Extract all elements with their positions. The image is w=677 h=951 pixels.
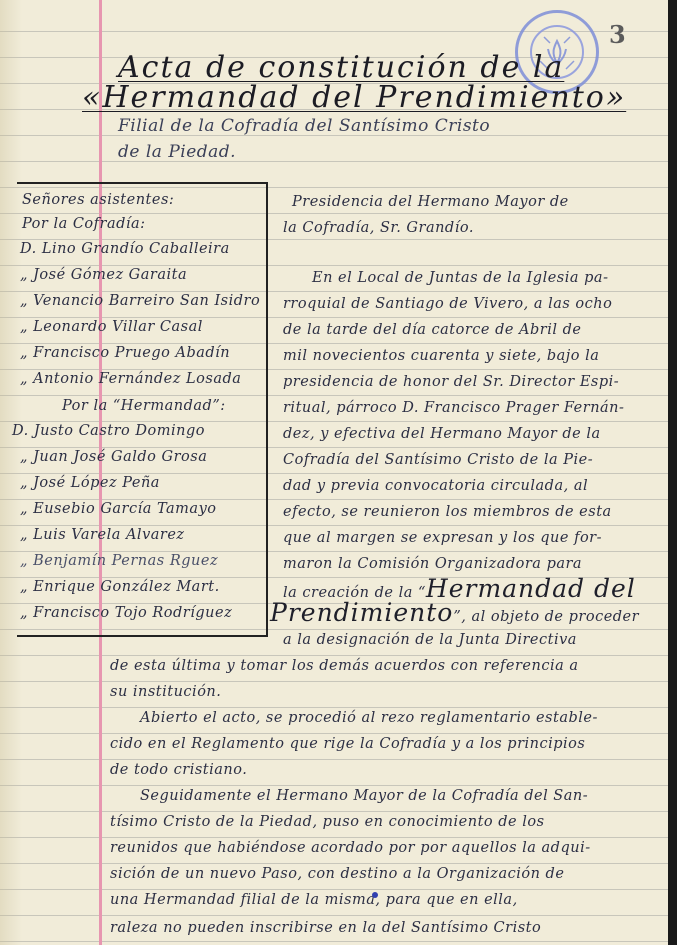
paragraph1-full-line: de esta última y tomar los demás acuerdo… — [110, 658, 578, 674]
paragraph3-line: raleza no pueden inscribirse en la del S… — [110, 920, 541, 936]
attendees-heading: Señores asistentes: — [22, 192, 174, 208]
paragraph1-line: dez, y efectiva del Hermano Mayor de la — [283, 426, 601, 442]
paragraph3-line: sición de un nuevo Paso, con destino a l… — [110, 866, 564, 882]
page-number: 3 — [609, 20, 626, 49]
attendee-cofradia-item: D. Lino Grandío Caballeira — [20, 241, 230, 257]
paragraph2-line: Abierto el acto, se procedió al rezo reg… — [140, 710, 598, 726]
paragraph1-line: de la tarde del día catorce de Abril de — [283, 322, 582, 338]
attendee-hermandad-item: „ José López Peña — [20, 475, 160, 491]
attendee-hermandad-item: „ Eusebio García Tamayo — [20, 501, 217, 517]
ink-blot — [372, 892, 378, 898]
paragraph3-line: Seguidamente el Hermano Mayor de la Cofr… — [140, 788, 588, 804]
paragraph2-line: cido en el Reglamento que rige la Cofrad… — [110, 736, 585, 752]
cofradia-heading: Por la Cofradía: — [22, 216, 146, 232]
hermandad-heading: Por la “Hermandad”: — [62, 398, 226, 414]
paragraph1-full-line: su institución. — [110, 684, 221, 700]
paragraph1-line: mil novecientos cuarenta y siete, bajo l… — [283, 348, 599, 364]
prendimiento-suffix: ”, al objeto de proceder — [453, 609, 639, 625]
paragraph1-line: a la designación de la Junta Directiva — [283, 632, 577, 648]
attendee-hermandad-item: „ Enrique González Mart. — [20, 579, 220, 595]
page-edge-shadow — [668, 0, 677, 945]
paragraph2-line: de todo cristiano. — [110, 762, 247, 778]
paragraph1-line: que al margen se expresan y los que for- — [283, 530, 602, 546]
attendee-hermandad-item: „ Juan José Galdo Grosa — [20, 449, 207, 465]
presidency-line: Presidencia del Hermano Mayor de — [292, 194, 569, 210]
attendee-cofradia-item: „ José Gómez Garaita — [20, 267, 187, 283]
attendee-hermandad-item: „ Luis Varela Alvarez — [20, 527, 185, 543]
document-subtitle-line1: Filial de la Cofradía del Santísimo Cris… — [118, 116, 490, 136]
attendee-cofradia-item: „ Francisco Pruego Abadín — [20, 345, 230, 361]
attendee-hermandad-item: D. Justo Castro Domingo — [12, 423, 205, 439]
paragraph1-line: Cofradía del Santísimo Cristo de la Pie- — [283, 452, 593, 468]
notebook-page: COFRADÍA DEL SANTÍSIMO CRISTO DE LA PIED… — [0, 0, 668, 945]
paragraph1-line: ritual, párroco D. Francisco Prager Fern… — [283, 400, 624, 416]
paragraph1-line: maron la Comisión Organizadora para — [283, 556, 582, 572]
bottom-border — [0, 945, 677, 951]
prendimiento-highlight: Prendimiento — [270, 598, 453, 627]
paragraph3-line: reunidos que habiéndose acordado por por… — [110, 840, 591, 856]
document-subtitle-line2: de la Piedad. — [118, 142, 236, 162]
presidency-line: la Cofradía, Sr. Grandío. — [283, 220, 474, 236]
attendee-cofradia-item: „ Leonardo Villar Casal — [20, 319, 203, 335]
paragraph1-line: dad y previa convocatoria circulada, al — [283, 478, 588, 494]
paragraph3-line: tísimo Cristo de la Piedad, puso en cono… — [110, 814, 545, 830]
paragraph1-line: presidencia de honor del Sr. Director Es… — [283, 374, 619, 390]
paragraph1-line: efecto, se reunieron los miembros de est… — [283, 504, 612, 520]
attendee-hermandad-item: „ Benjamín Pernas Rguez — [20, 553, 218, 569]
paragraph1-prendimiento-line: Prendimiento”, al objeto de proceder — [270, 598, 639, 627]
attendee-cofradia-item: „ Venancio Barreiro San Isidro — [20, 293, 260, 309]
paragraph3-line: una Hermandad filial de la misma, para q… — [110, 892, 518, 908]
paragraph1-line: rroquial de Santiago de Vivero, a las oc… — [283, 296, 612, 312]
attendee-hermandad-item: „ Francisco Tojo Rodríguez — [20, 605, 232, 621]
document-title-line2: «Hermandad del Prendimiento» — [82, 80, 626, 115]
paragraph1-line: En el Local de Juntas de la Iglesia pa- — [312, 270, 608, 286]
attendee-cofradia-item: „ Antonio Fernández Losada — [20, 371, 241, 387]
